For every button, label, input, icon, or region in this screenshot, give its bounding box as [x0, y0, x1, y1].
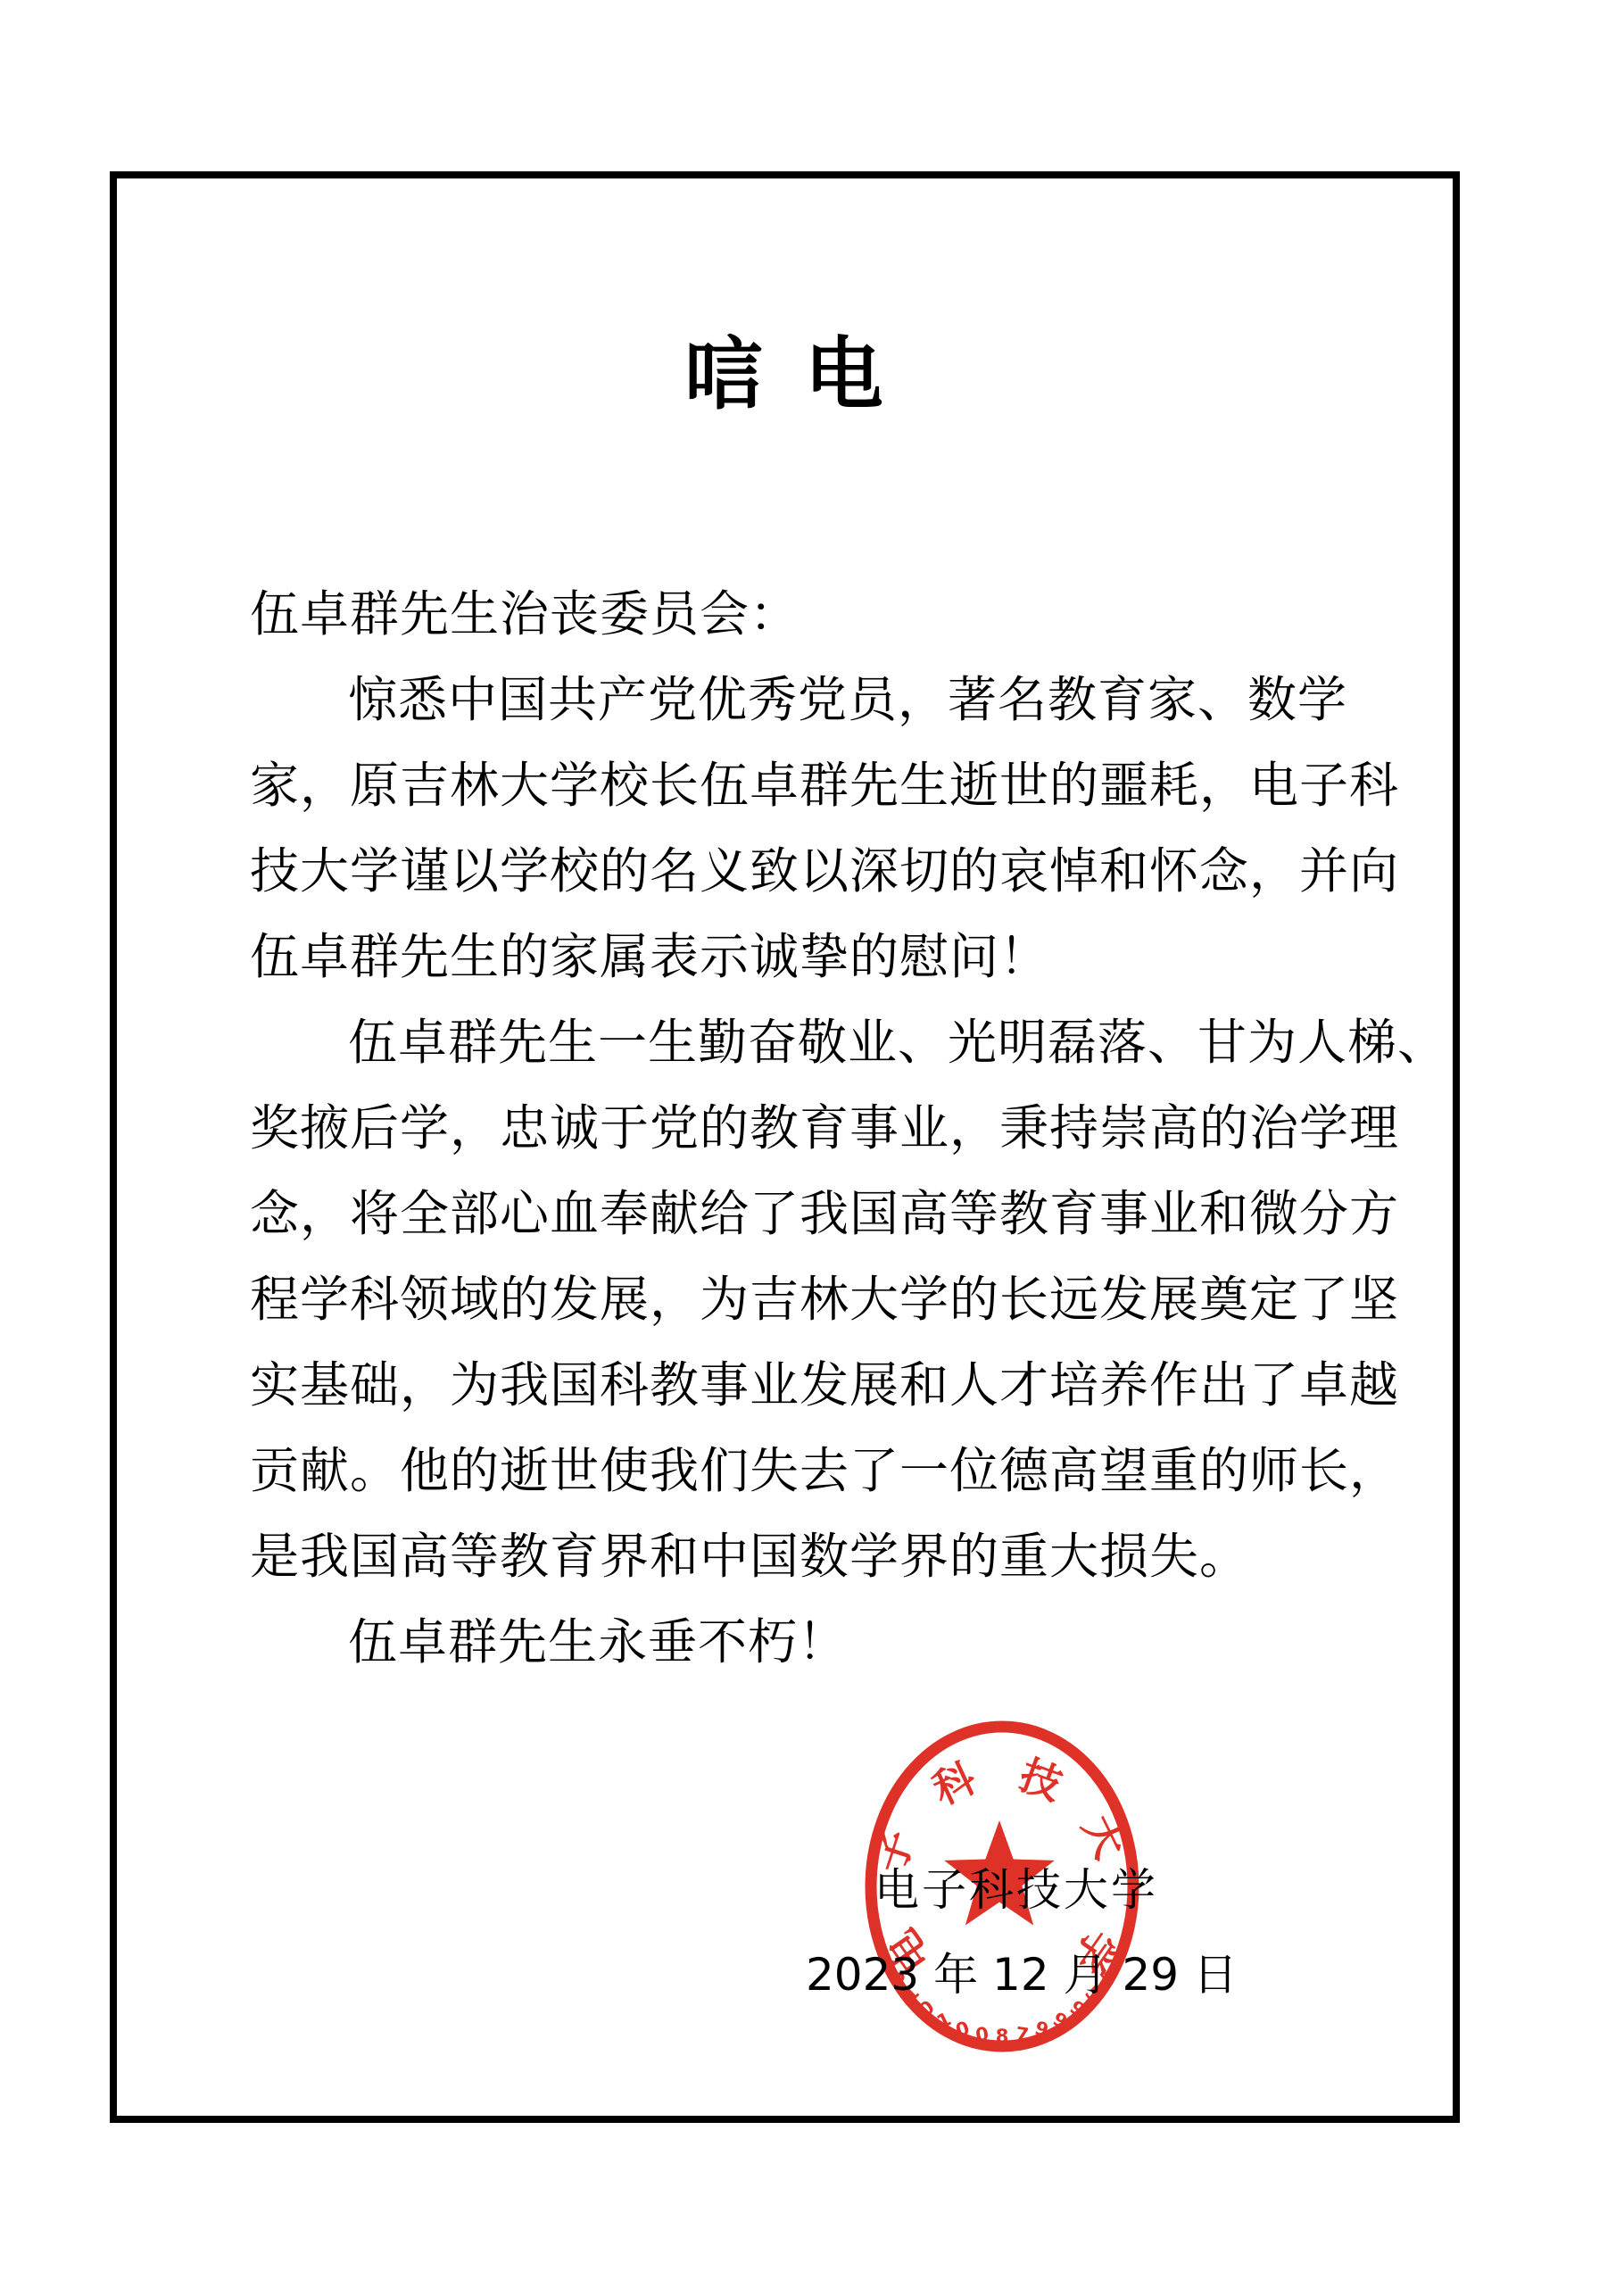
letter-line: 家，原吉林大学校长伍卓群先生逝世的噩耗，电子科 [250, 742, 1374, 828]
letter-line: 伍卓群先生永垂不朽！ [250, 1599, 1374, 1685]
letter-line: 实基础，为我国科教事业发展和人才培养作出了卓越 [250, 1342, 1374, 1428]
condolence-telegram-page: 唁 电 伍卓群先生治丧委员会：惊悉中国共产党优秀党员，著名教育家、数学家，原吉林… [0, 0, 1624, 2296]
seal-ring-char: 科 [925, 1753, 983, 1814]
official-seal: 电子科技大学5101008799954 [864, 1720, 1140, 2052]
letter-line: 惊悉中国共产党优秀党员，著名教育家、数学 [250, 657, 1374, 742]
letter-line: 是我国高等教育界和中国数学界的重大损失。 [250, 1513, 1374, 1599]
seal-serial-digit: 8 [996, 2026, 1009, 2047]
letter-line: 奖掖后学，忠诚于党的教育事业，秉持崇高的治学理 [250, 1085, 1374, 1171]
letter-line: 贡献。他的逝世使我们失去了一位德高望重的师长， [250, 1428, 1374, 1513]
letter-line: 程学科领域的发展，为吉林大学的长远发展奠定了坚 [250, 1256, 1374, 1342]
letter-line: 伍卓群先生治丧委员会： [250, 571, 1374, 657]
letter-line: 伍卓群先生一生勤奋敬业、光明磊落、甘为人梯、 [250, 999, 1374, 1085]
seal-ring-char: 技 [1014, 1750, 1069, 1809]
seal-serial-digit: 0 [974, 2023, 990, 2046]
letter-body: 伍卓群先生治丧委员会：惊悉中国共产党优秀党员，著名教育家、数学家，原吉林大学校长… [250, 571, 1374, 1685]
star-icon [944, 1820, 1055, 1926]
letter-line: 伍卓群先生的家属表示诚挚的慰问！ [250, 914, 1374, 999]
page-title: 唁 电 [110, 330, 1460, 419]
letter-line: 念，将全部心血奉献给了我国高等教育事业和微分方 [250, 1171, 1374, 1256]
letter-line: 技大学谨以学校的名义致以深切的哀悼和怀念，并向 [250, 828, 1374, 914]
